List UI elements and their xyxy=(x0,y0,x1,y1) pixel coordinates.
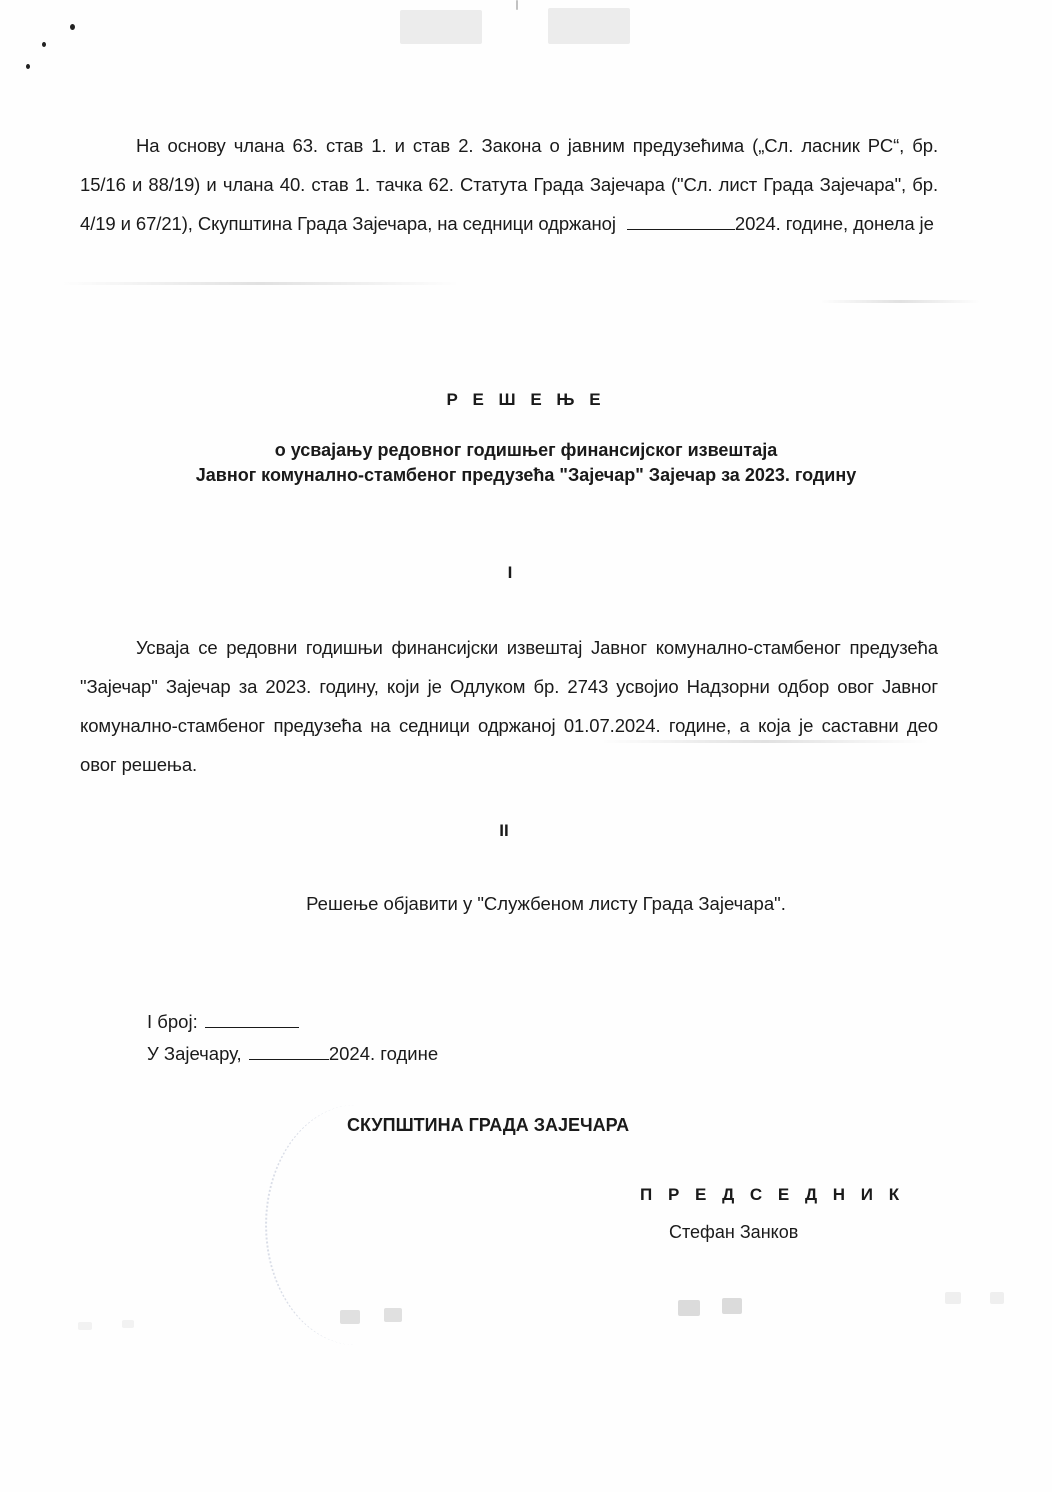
scan-artifact xyxy=(122,1320,134,1328)
session-date-blank xyxy=(627,213,735,230)
section-2-text: Решење објавити у "Службеном листу Града… xyxy=(20,893,1052,915)
document-subtitle-line-1: о усвајању редовног годишњег финансијско… xyxy=(0,437,1052,463)
number-line: I број: xyxy=(147,1011,299,1033)
scan-artifact xyxy=(678,1300,700,1316)
assembly-name: СКУПШТИНА ГРАДА ЗАЈЕЧАРА xyxy=(347,1115,629,1136)
preamble-paragraph: На основу члана 63. став 1. и став 2. За… xyxy=(80,126,938,243)
scan-streak xyxy=(820,300,980,303)
section-1-text: Усваја се редовни годишњи финансијски из… xyxy=(80,637,938,775)
section-numeral-1: I xyxy=(0,563,1036,583)
section-numeral-2: II xyxy=(0,821,1030,841)
place-date-line: У Зајечару, 2024. године xyxy=(147,1043,438,1065)
scan-artifact xyxy=(990,1292,1004,1304)
president-name: Стефан Занков xyxy=(669,1222,798,1243)
place-date-suffix: 2024. године xyxy=(329,1043,438,1064)
faint-stamp-outline xyxy=(265,1105,447,1345)
scanned-document-page: На основу члана 63. став 1. и став 2. За… xyxy=(0,0,1052,1492)
section-1-paragraph: Усваја се редовни годишњи финансијски из… xyxy=(80,628,938,784)
scan-speck xyxy=(70,24,75,30)
scan-artifact xyxy=(548,8,630,44)
place-date-blank xyxy=(249,1043,329,1060)
preamble-text-end: 2024. године, донела је xyxy=(735,213,934,234)
number-blank xyxy=(205,1011,299,1028)
scan-artifact xyxy=(384,1308,402,1322)
president-title: П Р Е Д С Е Д Н И К xyxy=(640,1185,905,1205)
scan-artifact xyxy=(400,10,482,44)
scan-speck xyxy=(26,64,30,69)
scan-artifact xyxy=(722,1298,742,1314)
scan-artifact xyxy=(516,0,518,10)
place-label: У Зајечару, xyxy=(147,1043,242,1064)
document-title: Р Е Ш Е Њ Е xyxy=(0,390,1052,410)
scan-artifact xyxy=(340,1310,360,1324)
document-subtitle-line-2: Јавног комунално-стамбеног предузећа "За… xyxy=(0,462,1052,488)
number-label: I број: xyxy=(147,1011,198,1032)
scan-streak xyxy=(60,282,460,285)
scan-speck xyxy=(42,42,46,47)
scan-artifact xyxy=(78,1322,92,1330)
scan-artifact xyxy=(945,1292,961,1304)
